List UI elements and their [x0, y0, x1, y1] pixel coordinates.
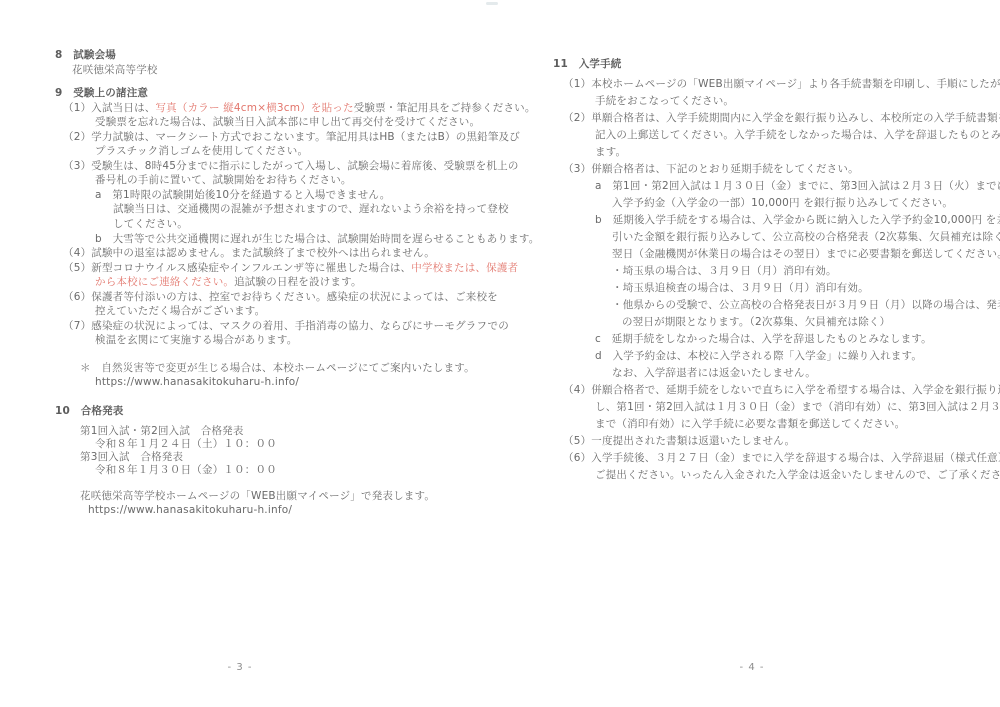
item-11-3-b-bullet-other-pref-line-1: ・他県からの受験で、公立高校の合格発表日が３月９日（月）以降の場合は、発表日	[553, 297, 998, 314]
item-11-3-c-line-1: c 延期手続をしなかった場合は、入学を辞退したものとみなします。	[553, 331, 998, 348]
scan-artifact	[486, 2, 498, 5]
result-announce-label-1: 第1回入試・第2回入試 合格発表	[55, 425, 525, 438]
item-11-3-b-line-1: b 延期後入学手続をする場合は、入学金から既に納入した入学予約金10,000円 …	[553, 212, 998, 229]
section-8-heading: 8 試験会場	[55, 48, 525, 63]
page-number-3: - 3 -	[200, 662, 280, 673]
spacer	[55, 390, 525, 404]
item-11-3-d-line-2: なお、入学辞退者には返金いたしません。	[553, 365, 998, 382]
spacer	[55, 77, 525, 86]
item-9-6-line-2: 控えていただく場合がございます。	[55, 304, 525, 319]
item-9-5-highlight-2: から本校にご連絡ください。	[95, 276, 234, 288]
item-9-3-a-line-3: してください。	[55, 217, 525, 232]
document-page-3: 8 試験会場 花咲徳栄高等学校 9 受験上の諸注意 （1）入試当日は、写真（カラ…	[55, 48, 525, 518]
item-11-3-d-line-1: d 入学予約金は、本校に入学される際「入学金」に繰り入れます。	[553, 348, 998, 365]
item-11-4-line-3: まで（消印有効）に入学手続に必要な書類を郵送してください。	[553, 416, 998, 433]
item-11-3-b-bullet-other-pref-line-2: の翌日が期限となります。（2次募集、欠員補充は除く）	[553, 314, 998, 331]
item-9-1-line-2: 受験票を忘れた場合は、試験当日入試本部に申し出て再交付を受けてください。	[55, 115, 525, 130]
item-11-3-b-bullet-saitama: ・埼玉県の場合は、３月９日（月）消印有効。	[553, 263, 998, 280]
item-11-3-b-line-3: 翌日（金融機関が休業日の場合はその翌日）までに必要書類を郵送してください。	[553, 246, 998, 263]
spacer	[55, 477, 525, 489]
item-11-1-line-2: 手続をおこなってください。	[553, 93, 998, 110]
item-9-2-line-1: （2）学力試験は、マークシート方式でおこないます。筆記用具はHB（またはB）の黒…	[55, 130, 525, 145]
spacer	[55, 348, 525, 361]
result-announce-date-1: 令和８年１月２４日（土）１０：００	[55, 438, 525, 451]
item-9-1-line-1: （1）入試当日は、写真（カラー 縦4cm×横3cm）を貼った受験票・筆記用具をご…	[55, 101, 525, 116]
item-9-1-post: 受験票・筆記用具をご持参ください。	[354, 102, 536, 114]
result-announce-label-2: 第3回入試 合格発表	[55, 451, 525, 464]
item-11-2-line-2: 記入の上郵送してください。入学手続をしなかった場合は、入学を辞退したものとみなし	[553, 127, 998, 144]
item-11-2-line-1: （2）単願合格者は、入学手続期間内に入学金を銀行振り込みし、本校所定の入学手続書…	[553, 110, 998, 127]
item-9-1-highlight: 写真（カラー 縦4cm×横3cm）を貼った	[155, 102, 353, 114]
item-11-4-line-1: （4）併願合格者で、延期手続をしないで直ちに入学を希望する場合は、入学金を銀行振…	[553, 382, 998, 399]
result-announce-method: 花咲徳栄高等学校ホームページの「WEB出願マイページ」で発表します。	[55, 489, 525, 504]
scanned-document-sheet: 8 試験会場 花咲徳栄高等学校 9 受験上の諸注意 （1）入試当日は、写真（カラ…	[0, 0, 1000, 707]
item-9-7-line-1: （7）感染症の状況によっては、マスクの着用、手指消毒の協力、ならびにサーモグラフ…	[55, 319, 525, 334]
item-9-4-line-1: （4）試験中の退室は認めません。また試験終了まで校外へは出られません。	[55, 246, 525, 261]
item-11-3-b-bullet-saitama-recheck: ・埼玉県追検査の場合は、３月９日（月）消印有効。	[553, 280, 998, 297]
item-9-2-line-2: プラスチック消しゴムを使用してください。	[55, 144, 525, 159]
item-9-5-line-2: から本校にご連絡ください。追試験の日程を設けます。	[55, 275, 525, 290]
item-9-6-line-1: （6）保護者等付添いの方は、控室でお待ちください。感染症の状況によっては、ご来校…	[55, 290, 525, 305]
item-11-6-line-1: （6）入学手続後、３月２７日（金）までに入学を辞退する場合は、入学辞退届（様式任…	[553, 450, 998, 467]
disaster-note: ＊ 自然災害等で変更が生じる場合は、本校ホームページにてご案内いたします。	[55, 361, 525, 376]
item-9-1-pre: （1）入試当日は、	[63, 102, 155, 114]
item-9-5-line-1: （5）新型コロナウイルス感染症やインフルエンザ等に罹患した場合は、中学校または、…	[55, 261, 525, 276]
section-9-heading: 9 受験上の諸注意	[55, 86, 525, 101]
item-11-4-line-2: し、第1回・第2回入試は１月３０日（金）まで（消印有効）に、第3回入試は２月３日…	[553, 399, 998, 416]
item-11-2-line-3: ます。	[553, 144, 998, 161]
section-11-heading: 11 入学手続	[553, 56, 998, 73]
item-9-5-pre: （5）新型コロナウイルス感染症やインフルエンザ等に罹患した場合は、	[63, 262, 411, 274]
item-9-3-line-2: 番号札の手前に置いて、試験開始をお待ちください。	[55, 173, 525, 188]
page-number-4: - 4 -	[712, 662, 792, 673]
item-9-5-post: 追試験の日程を設けます。	[234, 276, 362, 288]
item-9-3-line-1: （3）受験生は、8時45分までに指示にしたがって入場し、試験会場に着席後、受験票…	[55, 159, 525, 174]
item-11-3-line-1: （3）併願合格者は、下記のとおり延期手続をしてください。	[553, 161, 998, 178]
exam-venue-name: 花咲徳栄高等学校	[55, 63, 525, 78]
section-10-heading: 10 合格発表	[55, 404, 525, 419]
item-11-6-line-2: ご提出ください。いったん入金された入学金は返金いたしませんので、ご了承ください。	[553, 467, 998, 484]
result-announce-date-2: 令和８年１月３０日（金）１０：００	[55, 464, 525, 477]
item-11-3-a-line-2: 入学予約金（入学金の一部）10,000円 を銀行振り込みしてください。	[553, 195, 998, 212]
document-page-4: 11 入学手続 （1）本校ホームページの「WEB出願マイページ」より各手続書類を…	[553, 56, 998, 484]
item-11-3-a-line-1: a 第1回・第2回入試は１月３０日（金）までに、第3回入試は２月３日（火）までに…	[553, 178, 998, 195]
item-11-3-b-line-2: 引いた金額を銀行振り込みして、公立高校の合格発表（2次募集、欠員補充は除く）の	[553, 229, 998, 246]
item-9-3-a-line-1: a 第1時限の試験開始後10分を経過すると入場できません。	[55, 188, 525, 203]
result-announce-url: https://www.hanasakitokuharu-h.info/	[55, 503, 525, 518]
item-11-1-line-1: （1）本校ホームページの「WEB出願マイページ」より各手続書類を印刷し、手順にし…	[553, 76, 998, 93]
item-9-5-highlight: 中学校または、保護者	[411, 262, 518, 274]
item-9-3-b-line-1: b 大雪等で公共交通機関に遅れが生じた場合は、試験開始時間を遅らせることもありま…	[55, 232, 525, 247]
item-9-3-a-line-2: 試験当日は、交通機関の混雑が予想されますので、遅れないよう余裕を持って登校	[55, 202, 525, 217]
school-url: https://www.hanasakitokuharu-h.info/	[55, 375, 525, 390]
item-9-7-line-2: 検温を玄関にて実施する場合があります。	[55, 333, 525, 348]
item-11-5-line-1: （5）一度提出された書類は返還いたしません。	[553, 433, 998, 450]
